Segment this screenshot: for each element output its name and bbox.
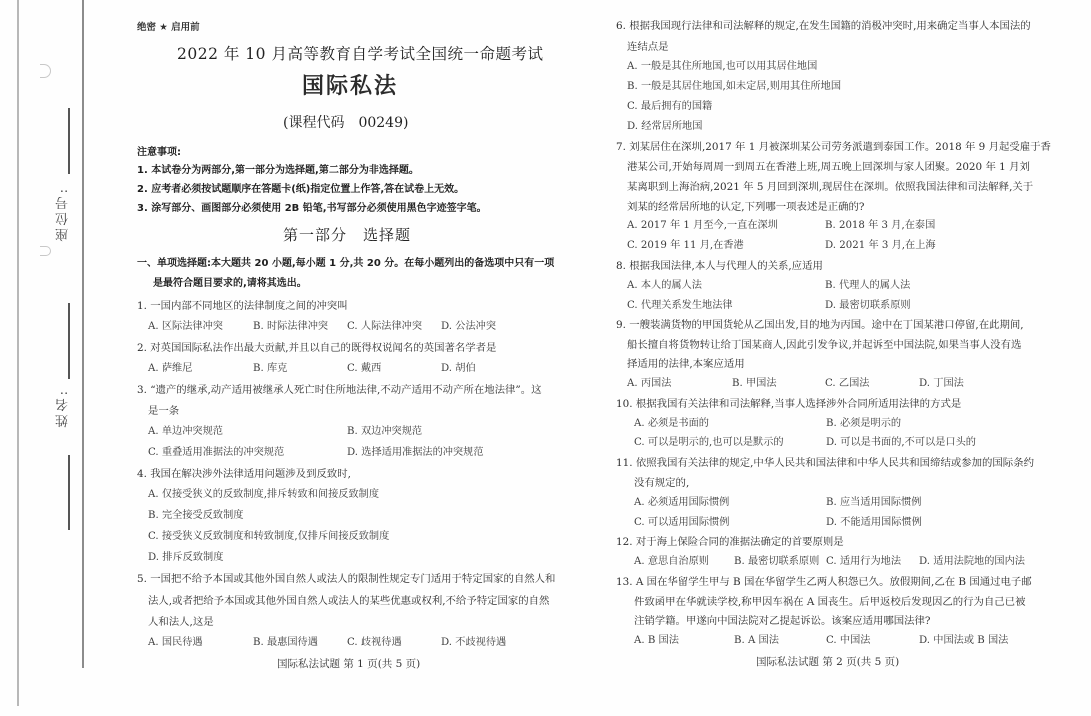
option-d: D. 胡伯 xyxy=(441,362,476,376)
notes-heading: 注意事项: xyxy=(137,146,181,160)
option-a: A. 国民待遇 xyxy=(148,636,203,650)
option-a: A. 单边冲突规范 xyxy=(148,425,223,439)
option-c: C. 2019 年 11 月,在香港 xyxy=(627,239,744,253)
question-stem: 1. 一国内部不同地区的法律制度之间的冲突叫 xyxy=(137,299,348,313)
question-stem: 11. 依照我国有关法律的规定,中华人民共和国法律和中华人民共和国缔结或参加的国… xyxy=(616,456,1034,470)
option-d: D. 可以是书面的,不可以是口头的 xyxy=(826,436,976,450)
option-c: C. 人际法律冲突 xyxy=(347,320,422,334)
question-stem-cont: 择适用的法律,本案应适用 xyxy=(627,357,745,371)
option-d: D. 2021 年 3 月,在上海 xyxy=(825,239,936,253)
option-b: B. 完全接受反致制度 xyxy=(148,509,243,523)
subject-title: 国际私法 xyxy=(302,79,398,93)
option-a: A. B 国法 xyxy=(634,634,679,648)
option-b: B. 应当适用国际惯例 xyxy=(826,496,921,510)
page-footer: 国际私法试题 第 1 页(共 5 页) xyxy=(277,657,420,671)
question-stem-cont: 港某公司,开始每周周一到周五在香港上班,周五晚上回深圳与家人团聚。2020 年 … xyxy=(627,160,1030,174)
option-d: D. 最密切联系原则 xyxy=(825,299,911,313)
option-a: A. 一般是其住所地国,也可以用其居住地国 xyxy=(627,60,817,74)
confidential-mark: 绝密 ★ 启用前 xyxy=(137,21,200,35)
option-b: B. 必须是明示的 xyxy=(826,417,901,431)
question-stem: 3. “遗产的继承,动产适用被继承人死亡时住所地法律,不动产适用不动产所在地法律… xyxy=(137,383,542,397)
option-b: B. 库克 xyxy=(253,362,287,376)
section-heading-cont: 是最符合题目要求的,请将其选出。 xyxy=(153,277,307,291)
question-stem-cont: 连结点是 xyxy=(627,40,669,54)
question-stem: 12. 对于海上保险合同的准据法确定的首要原则是 xyxy=(616,535,844,549)
question-stem: 6. 根据我国现行法律和司法解释的规定,在发生国籍的消极冲突时,用来确定当事人本… xyxy=(616,19,1031,33)
name-label: 姓名: xyxy=(54,388,73,427)
option-c: C. 可以是明示的,也可以是默示的 xyxy=(634,436,784,450)
question-stem: 8. 根据我国法律,本人与代理人的关系,应适用 xyxy=(616,259,823,273)
option-b: B. 时际法律冲突 xyxy=(253,320,328,334)
name-blank-line xyxy=(68,455,70,530)
question-stem: 13. A 国在华留学生甲与 B 国在华留学生乙两人积怨已久。放假期间,乙在 B… xyxy=(616,575,1032,589)
option-d: D. 适用法院地的国内法 xyxy=(919,555,1025,569)
option-b: B. 一般是其居住地国,如未定居,则用其住所地国 xyxy=(627,80,841,94)
question-stem-cont: 船长擅自将货物转让给丁国某商人,因此引发争议,并起诉至中国法院,如果当事人没有选 xyxy=(627,338,1021,352)
option-a: A. 必须适用国际惯例 xyxy=(634,496,729,510)
page-footer: 国际私法试题 第 2 页(共 5 页) xyxy=(756,655,899,669)
seat-number-label: 座位号: xyxy=(54,186,73,241)
course-code: (课程代码 00249) xyxy=(283,116,408,130)
section-heading: 一、单项选择题:本大题共 20 小题,每小题 1 分,共 20 分。在每小题列出… xyxy=(137,257,554,271)
question-stem: 7. 刘某居住在深圳,2017 年 1 月被深圳某公司劳务派遣到泰国工作。201… xyxy=(616,140,1051,154)
question-stem: 9. 一艘装满货物的甲国货轮从乙国出发,目的地为丙国。途中在丁国某港口停留,在此… xyxy=(616,318,1024,332)
option-c: C. 重叠适用准据法的冲突规范 xyxy=(148,446,284,460)
name-blank-line xyxy=(68,303,70,379)
option-a: A. 仅接受狭义的反致制度,排斥转致和间接反致制度 xyxy=(148,488,379,502)
option-d: D. 排斥反致制度 xyxy=(148,551,223,565)
option-d: D. 丁国法 xyxy=(919,377,964,391)
question-stem-cont: 人和法人,这是 xyxy=(148,615,214,629)
option-b: B. 代理人的属人法 xyxy=(825,279,910,293)
option-d: D. 不歧视待遇 xyxy=(441,636,506,650)
option-c: C. 戴西 xyxy=(347,362,381,376)
question-stem-cont: 某离职到上海治病,2021 年 5 月回到深圳,现居住在深圳。依照我国法律和司法… xyxy=(627,180,1033,194)
note-item: 2. 应考者必须按试题顺序在答题卡(纸)指定位置上作答,答在试卷上无效。 xyxy=(137,183,464,197)
option-b: B. 甲国法 xyxy=(732,377,777,391)
option-c: C. 歧视待遇 xyxy=(347,636,402,650)
option-b: B. 2018 年 3 月,在泰国 xyxy=(825,219,935,233)
question-stem-cont: 是一条 xyxy=(148,404,179,418)
option-b: B. A 国法 xyxy=(734,634,779,648)
question-stem: 2. 对英国国际私法作出最大贡献,并且以自己的既得权说闻名的英国著名学者是 xyxy=(137,341,496,355)
seat-blank-line xyxy=(68,108,70,174)
option-d: D. 公法冲突 xyxy=(441,320,496,334)
punch-hole-icon xyxy=(40,246,51,256)
part-title: 第一部分 选择题 xyxy=(283,228,411,242)
option-a: A. 本人的属人法 xyxy=(627,279,702,293)
option-b: B. 最密切联系原则 xyxy=(734,555,819,569)
option-a: A. 萨维尼 xyxy=(148,362,192,376)
punch-hole-icon xyxy=(40,64,51,78)
note-item: 1. 本试卷分为两部分,第一部分为选择题,第二部分为非选择题。 xyxy=(137,164,419,178)
option-d: D. 不能适用国际惯例 xyxy=(826,516,922,530)
binding-line-outer xyxy=(17,0,19,706)
question-stem-cont: 刘某的经常居所地的认定,下列哪一项表述是正确的? xyxy=(627,200,864,214)
option-a: A. 必须是书面的 xyxy=(634,417,709,431)
option-a: A. 区际法律冲突 xyxy=(148,320,223,334)
option-c: C. 接受狭义反致制度和转致制度,仅排斥间接反致制度 xyxy=(148,530,389,544)
option-d: D. 中国法或 B 国法 xyxy=(919,634,1008,648)
option-c: C. 中国法 xyxy=(826,634,870,648)
option-c: C. 可以适用国际惯例 xyxy=(634,516,729,530)
option-c: C. 乙国法 xyxy=(825,377,869,391)
question-stem: 5. 一国把不给予本国或其他外国自然人或法人的限制性规定专门适用于特定国家的自然… xyxy=(137,572,555,586)
option-c: C. 最后拥有的国籍 xyxy=(627,100,712,114)
option-a: A. 意思自治原则 xyxy=(634,555,709,569)
exam-paper-spread: 座位号: 姓名: 绝密 ★ 启用前 2022 年 10 月高等教育自学考试全国统… xyxy=(0,0,1091,716)
note-item: 3. 涂写部分、画图部分必须使用 2B 铅笔,书写部分必须使用黑色字迹签字笔。 xyxy=(137,202,487,216)
question-stem-cont: 没有规定的, xyxy=(634,476,689,490)
option-a: A. 丙国法 xyxy=(627,377,671,391)
question-stem-cont: 件致函甲在华就读学校,称甲因车祸在 A 国丧生。后甲返校后发现因乙的行为自己已被 xyxy=(634,595,1025,609)
question-stem: 4. 我国在解决涉外法律适用问题涉及到反致时, xyxy=(137,467,351,481)
question-stem-cont: 注销学籍。甲遂向中国法院对乙提起诉讼。该案应适用哪国法律? xyxy=(634,614,931,628)
option-c: C. 代理关系发生地法律 xyxy=(627,299,733,313)
question-stem: 10. 根据我国有关法律和司法解释,当事人选择涉外合同所适用法律的方式是 xyxy=(616,397,961,411)
option-b: B. 最惠国待遇 xyxy=(253,636,318,650)
binding-line-inner xyxy=(82,0,84,668)
option-a: A. 2017 年 1 月至今,一直在深圳 xyxy=(627,219,778,233)
option-c: C. 适用行为地法 xyxy=(826,555,901,569)
option-d: D. 选择适用准据法的冲突规范 xyxy=(347,446,484,460)
question-stem-cont: 法人,或者把给予本国或其他外国自然人或法人的某些优惠或权利,不给予特定国家的自然 xyxy=(148,594,549,608)
option-b: B. 双边冲突规范 xyxy=(347,425,422,439)
exam-title: 2022 年 10 月高等教育自学考试全国统一命题考试 xyxy=(177,47,543,61)
option-d: D. 经常居所地国 xyxy=(627,120,702,134)
